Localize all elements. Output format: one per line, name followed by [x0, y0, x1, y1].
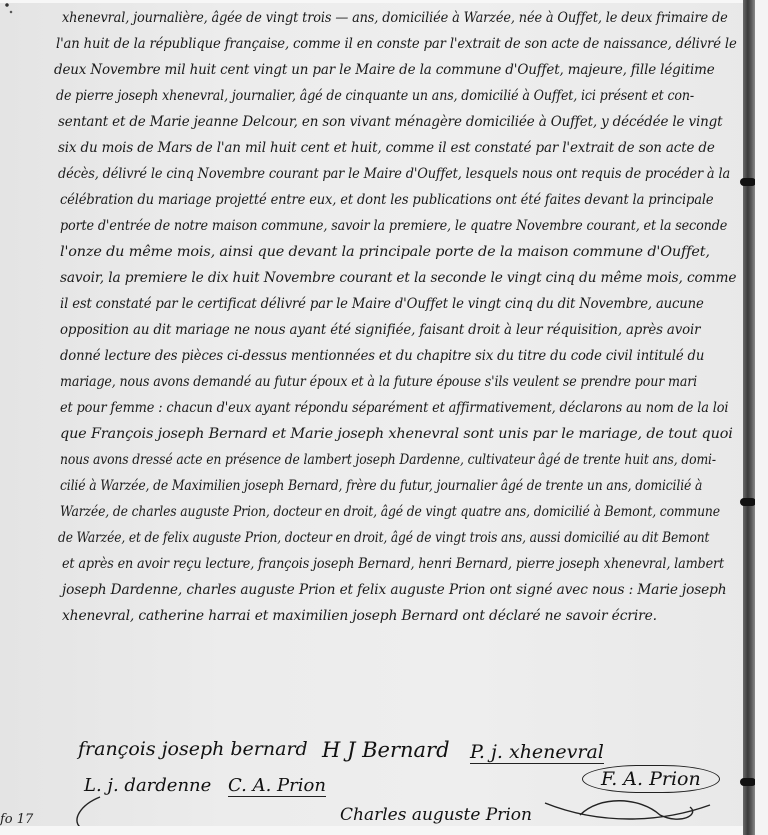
binding-stitch	[740, 178, 756, 186]
signature-lambert-dardenne: L. j. dardenne	[84, 775, 211, 796]
record-line: Warzée, de charles auguste Prion, docteu…	[60, 504, 720, 520]
record-line: de pierre joseph xhenevral, journalier, …	[56, 88, 694, 104]
signature-flourish	[70, 795, 110, 830]
record-line: deux Novembre mil huit cent vingt un par…	[54, 62, 715, 78]
record-line: opposition au dit mariage ne nous ayant …	[60, 322, 700, 338]
record-line: xhenevral, catherine harrai et maximilie…	[62, 608, 657, 624]
record-line: de Warzée, et de felix auguste Prion, do…	[58, 530, 709, 546]
record-line: donné lecture des pièces ci-dessus menti…	[60, 348, 704, 364]
record-line: sentant et de Marie jeanne Delcour, en s…	[58, 114, 722, 130]
signature-charles-auguste-prion: Charles auguste Prion	[340, 805, 532, 825]
scanned-register-page: xhenevral, journalière, âgée de vingt tr…	[0, 0, 768, 835]
record-line: que François joseph Bernard et Marie jos…	[60, 426, 733, 442]
record-line: l'an huit de la république française, co…	[56, 36, 737, 52]
record-line: six du mois de Mars de l'an mil huit cen…	[58, 140, 715, 156]
record-line: porte d'entrée de notre maison commune, …	[60, 218, 727, 234]
folio-number: fo 17	[0, 812, 33, 827]
record-line: joseph Dardenne, charles auguste Prion e…	[62, 582, 726, 598]
record-line: nous avons dressé acte en présence de la…	[60, 452, 716, 468]
binding-stitch	[740, 778, 756, 786]
binding-stitch	[740, 498, 756, 506]
record-line: cilié à Warzée, de Maximilien joseph Ber…	[60, 478, 702, 494]
signature-pierre-joseph-xhenevral: P. j. xhenevral	[470, 741, 604, 764]
ink-specks	[4, 2, 14, 16]
record-line: décès, délivré le cinq Novembre courant …	[58, 166, 730, 182]
record-line: et pour femme : chacun d'eux ayant répon…	[60, 400, 728, 416]
record-line: et après en avoir reçu lecture, françois…	[62, 556, 724, 572]
record-line: mariage, nous avons demandé au futur épo…	[60, 374, 697, 390]
record-line: l'onze du même mois, ainsi que devant la…	[60, 244, 710, 260]
record-line: xhenevral, journalière, âgée de vingt tr…	[62, 10, 728, 26]
page-bottom-edge	[0, 826, 743, 835]
binding-spine	[743, 0, 755, 835]
record-line: célébration du mariage projetté entre eu…	[60, 192, 713, 208]
signature-henri-bernard: H J Bernard	[322, 738, 450, 762]
record-line: savoir, la premiere le dix huit Novembre…	[60, 270, 736, 286]
page-top-edge	[0, 0, 768, 3]
signature-flourish	[540, 785, 730, 825]
signature-charles-auguste-prion-initials: C. A. Prion	[228, 775, 326, 797]
page-margin-right	[755, 0, 768, 835]
record-line: il est constaté par le certificat délivr…	[60, 296, 704, 312]
signature-groom: françois joseph bernard	[78, 738, 308, 760]
